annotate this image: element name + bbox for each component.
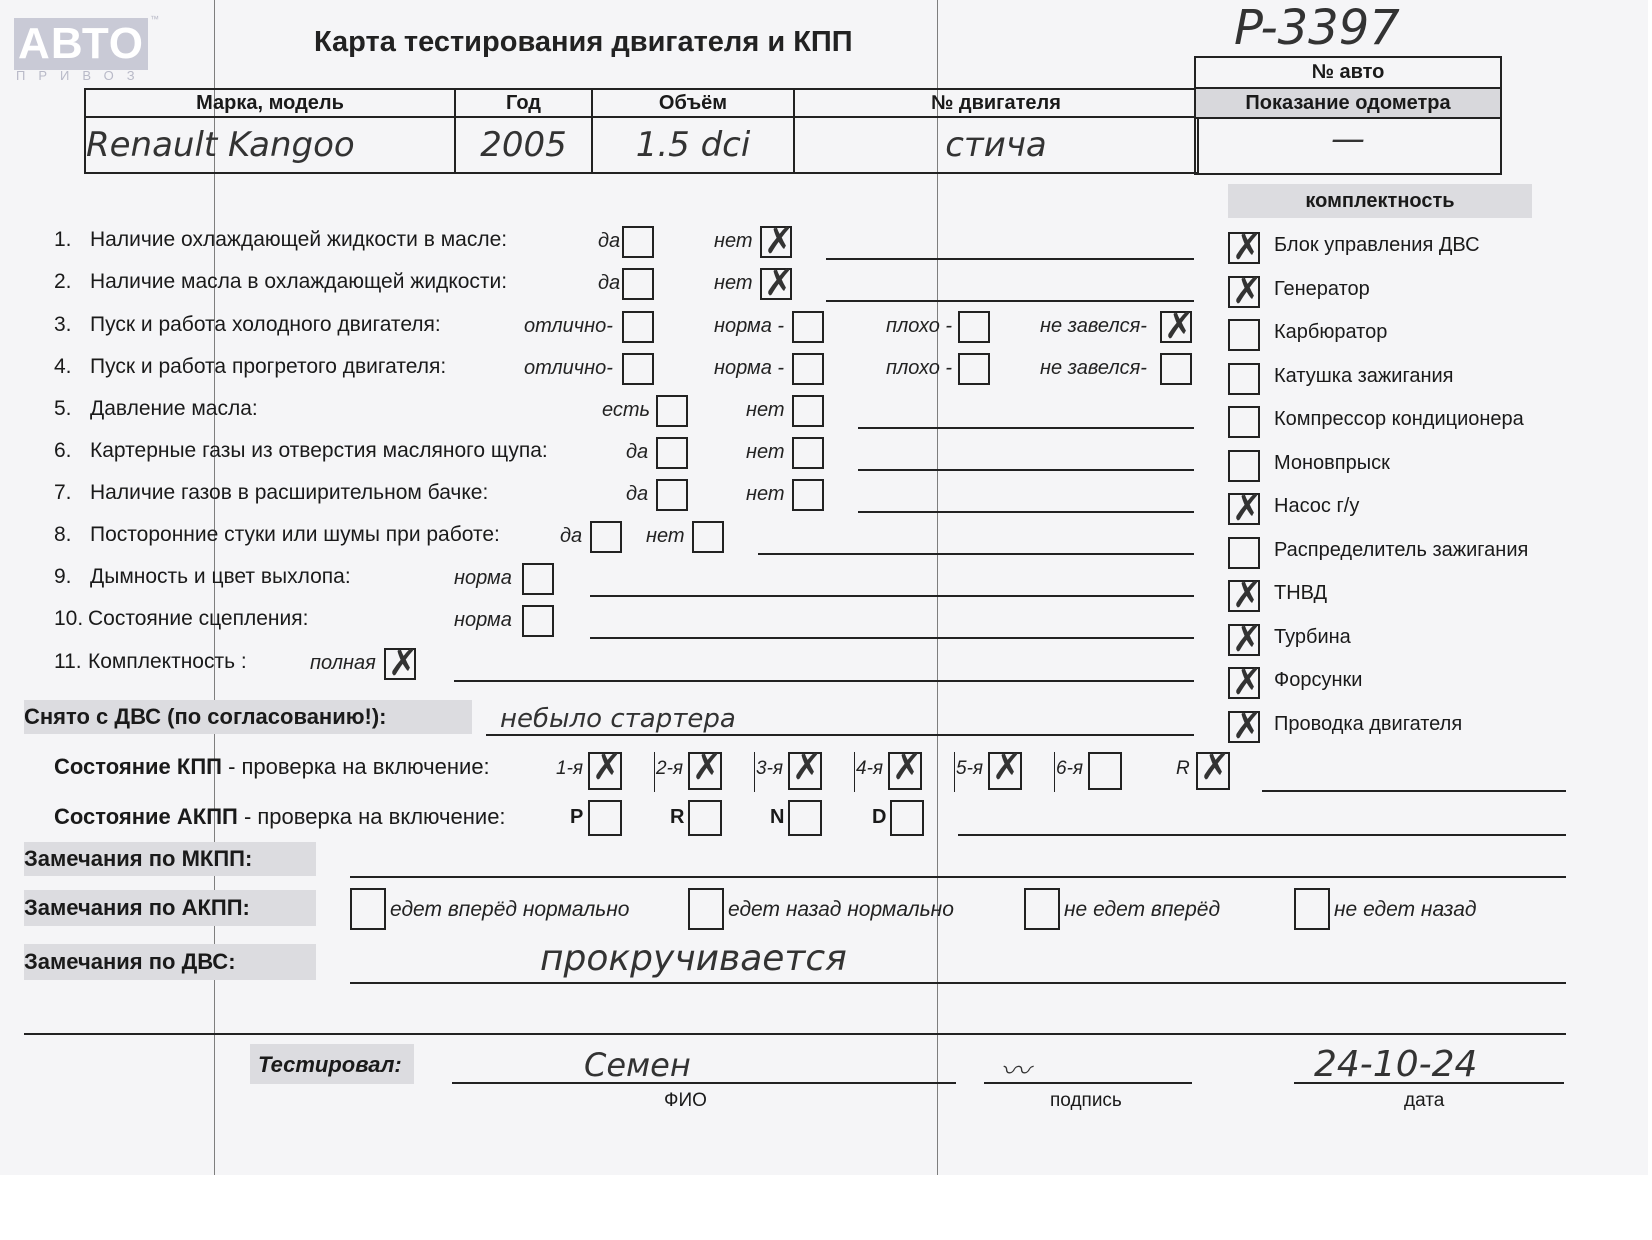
check-notes-line[interactable] — [590, 637, 1194, 639]
akpp-position-checkbox[interactable] — [688, 800, 722, 836]
mkpp-remarks-label: Замечания по МКПП: — [24, 846, 252, 872]
logo: АВТО — [14, 18, 148, 70]
option-label: не завелся- — [1040, 357, 1147, 380]
check-notes-line[interactable] — [826, 300, 1194, 302]
check-number: 8. — [54, 523, 72, 547]
removed-underline — [486, 734, 1194, 736]
akpp-remark-checkbox[interactable] — [1294, 888, 1330, 930]
option-checkbox[interactable] — [958, 311, 990, 343]
option-checkbox[interactable] — [622, 311, 654, 343]
completeness-item-label: Турбина — [1274, 626, 1351, 649]
akpp-remark-label: не едет назад — [1334, 898, 1476, 922]
akpp-notes-line — [958, 834, 1566, 836]
akpp-position-label: D — [872, 806, 886, 829]
gear-label: R — [1176, 758, 1190, 780]
check-number: 6. — [54, 439, 72, 463]
check-notes-line[interactable] — [858, 469, 1194, 471]
completeness-item-label: Блок управления ДВС — [1274, 234, 1480, 257]
gear-label: 2-я — [656, 758, 683, 780]
gear-checkbox[interactable] — [988, 752, 1022, 790]
completeness-item-label: Карбюратор — [1274, 321, 1387, 344]
option-checkbox[interactable] — [522, 605, 554, 637]
option-checkbox[interactable] — [656, 479, 688, 511]
akpp-remark-checkbox[interactable] — [350, 888, 386, 930]
odometer-label: Показание одометра — [1196, 89, 1500, 119]
completeness-checkbox[interactable] — [1228, 406, 1260, 438]
completeness-checkbox[interactable] — [1228, 667, 1260, 699]
akpp-position-checkbox[interactable] — [588, 800, 622, 836]
completeness-checkbox[interactable] — [1228, 580, 1260, 612]
option-checkbox[interactable] — [656, 437, 688, 469]
option-checkbox[interactable] — [792, 353, 824, 385]
option-label: нет — [746, 441, 785, 464]
option-label: нет — [746, 483, 785, 506]
completeness-checkbox[interactable] — [1228, 232, 1260, 264]
volume-value[interactable]: 1.5 dci — [592, 117, 794, 173]
option-label: отлично- — [524, 315, 613, 338]
check-notes-line[interactable] — [590, 595, 1194, 597]
handwritten-number: P-3397 — [1234, 0, 1400, 56]
check-label: Пуск и работа прогретого двигателя: — [90, 355, 446, 379]
option-label: да — [626, 441, 648, 464]
completeness-item-label: Катушка зажигания — [1274, 365, 1454, 388]
signature-caption: подпись — [1050, 1090, 1122, 1112]
completeness-item-label: Проводка двигателя — [1274, 713, 1462, 736]
car-info-box: № авто Показание одометра — — [1194, 56, 1502, 175]
gear-divider — [654, 752, 655, 792]
dvs-remarks-label: Замечания по ДВС: — [24, 949, 236, 975]
check-notes-line[interactable] — [826, 258, 1194, 260]
option-label: есть — [602, 399, 650, 422]
option-label: нет — [714, 272, 753, 295]
gear-divider — [1054, 752, 1055, 792]
check-label: Наличие газов в расширительном бачке: — [90, 481, 488, 505]
option-label: нет — [646, 525, 685, 548]
logo-subtitle: ПРИВОЗ — [16, 68, 148, 83]
check-number: 4. — [54, 355, 72, 379]
option-label: нет — [714, 230, 753, 253]
check-notes-line[interactable] — [858, 427, 1194, 429]
option-checkbox[interactable] — [792, 479, 824, 511]
check-number: 2. — [54, 270, 72, 294]
option-checkbox[interactable] — [692, 521, 724, 553]
gear-divider — [954, 752, 955, 792]
gear-checkbox[interactable] — [1196, 752, 1230, 790]
completeness-checkbox[interactable] — [1228, 276, 1260, 308]
option-label: норма — [454, 609, 512, 632]
gear-checkbox[interactable] — [788, 752, 822, 790]
gear-checkbox[interactable] — [588, 752, 622, 790]
engine-no-value[interactable]: стича — [794, 117, 1198, 173]
option-checkbox[interactable] — [792, 395, 824, 427]
completeness-item-label: Моновпрыск — [1274, 452, 1390, 475]
option-checkbox[interactable] — [958, 353, 990, 385]
year-value[interactable]: 2005 — [455, 117, 592, 173]
col-make-model: Марка, модель — [85, 89, 455, 117]
option-checkbox[interactable] — [1160, 311, 1192, 343]
completeness-item-label: Распределитель зажигания — [1274, 539, 1528, 562]
vehicle-header-table: Марка, модель Год Объём № двигателя Rena… — [84, 88, 1199, 174]
tested-label: Тестировал: — [258, 1052, 402, 1078]
check-label: Комплектность : — [88, 650, 247, 674]
removed-value[interactable]: небыло стартера — [500, 704, 736, 734]
akpp-position-label: N — [770, 806, 784, 829]
check-label: Наличие охлаждающей жидкости в масле: — [90, 228, 507, 252]
tester-name-value[interactable]: Семен — [584, 1046, 691, 1084]
check-number: 1. — [54, 228, 72, 252]
date-value[interactable]: 24-10-24 — [1314, 1044, 1477, 1085]
col-engine-no: № двигателя — [794, 89, 1198, 117]
dvs-remarks-line — [350, 982, 1566, 984]
option-label: отлично- — [524, 357, 613, 380]
mkpp-remarks-line[interactable] — [350, 876, 1566, 878]
option-label: норма - — [714, 357, 784, 380]
option-checkbox[interactable] — [522, 563, 554, 595]
completeness-checkbox[interactable] — [1228, 493, 1260, 525]
completeness-checkbox[interactable] — [1228, 319, 1260, 351]
gear-checkbox[interactable] — [888, 752, 922, 790]
option-checkbox[interactable] — [622, 268, 654, 300]
col-year: Год — [455, 89, 592, 117]
option-checkbox[interactable] — [622, 226, 654, 258]
gear-divider — [754, 752, 755, 792]
car-no-label: № авто — [1196, 58, 1500, 89]
option-label: не завелся- — [1040, 315, 1147, 338]
option-checkbox[interactable] — [622, 353, 654, 385]
option-label: норма — [454, 567, 512, 590]
gear-label: 3-я — [756, 758, 783, 780]
akpp-position-label: P — [570, 806, 583, 829]
gear-label: 1-я — [556, 758, 583, 780]
completeness-item-label: ТНВД — [1274, 582, 1327, 605]
completeness-item-label: Компрессор кондиционера — [1274, 408, 1524, 431]
akpp-remark-checkbox[interactable] — [1024, 888, 1060, 930]
check-number: 9. — [54, 565, 72, 589]
check-number: 5. — [54, 397, 72, 421]
gear-divider — [854, 752, 855, 792]
check-notes-line[interactable] — [758, 553, 1194, 555]
check-notes-line[interactable] — [454, 680, 1194, 682]
date-line — [1294, 1082, 1564, 1084]
kpp-notes-line — [1262, 790, 1566, 792]
akpp-remark-label: едет вперёд нормально — [390, 898, 629, 922]
check-number: 11. — [54, 650, 82, 674]
gear-checkbox[interactable] — [1088, 752, 1122, 790]
check-number: 3. — [54, 313, 72, 337]
akpp-position-checkbox[interactable] — [890, 800, 924, 836]
option-label: полная — [310, 652, 376, 675]
check-notes-line[interactable] — [858, 511, 1194, 513]
option-checkbox[interactable] — [1160, 353, 1192, 385]
akpp-remark-label: едет назад нормально — [728, 898, 954, 922]
gear-label: 4-я — [856, 758, 883, 780]
completeness-item-label: Генератор — [1274, 278, 1370, 301]
page-title: Карта тестирования двигателя и КПП — [314, 26, 853, 59]
removed-label: Снято с ДВС (по согласованию!): — [24, 704, 387, 730]
option-label: да — [560, 525, 582, 548]
check-label: Пуск и работа холодного двигателя: — [90, 313, 441, 337]
akpp-remark-checkbox[interactable] — [688, 888, 724, 930]
akpp-position-label: R — [670, 806, 684, 829]
option-checkbox[interactable] — [792, 437, 824, 469]
gear-label: 6-я — [1056, 758, 1083, 780]
check-number: 7. — [54, 481, 72, 505]
completeness-item-label: Насос г/у — [1274, 495, 1359, 518]
test-card-sheet: АВТО ™ ПРИВОЗ Карта тестирования двигате… — [0, 0, 1648, 1175]
signature-line — [984, 1082, 1192, 1084]
name-line — [452, 1082, 956, 1084]
gear-label: 5-я — [956, 758, 983, 780]
date-caption: дата — [1404, 1090, 1444, 1112]
check-label: Картерные газы из отверстия масляного щу… — [90, 439, 548, 463]
check-label: Посторонние стуки или шумы при работе: — [90, 523, 500, 547]
gear-checkbox[interactable] — [688, 752, 722, 790]
akpp-position-checkbox[interactable] — [788, 800, 822, 836]
option-checkbox[interactable] — [590, 521, 622, 553]
completeness-item-label: Форсунки — [1274, 669, 1362, 692]
check-label: Давление масла: — [90, 397, 258, 421]
option-checkbox[interactable] — [760, 226, 792, 258]
check-label: Наличие масла в охлаждающей жидкости: — [90, 270, 507, 294]
completeness-checkbox[interactable] — [1228, 711, 1260, 743]
completeness-checkbox[interactable] — [1228, 537, 1260, 569]
name-caption: ФИО — [664, 1090, 707, 1112]
option-label: плохо - — [886, 315, 952, 338]
option-checkbox[interactable] — [792, 311, 824, 343]
option-checkbox[interactable] — [384, 648, 416, 680]
akpp-remark-label: не едет вперёд — [1064, 898, 1220, 922]
make-model-value[interactable]: Renault Kangoo — [85, 117, 455, 173]
dvs-remarks-value[interactable]: прокручивается — [540, 938, 847, 979]
option-checkbox[interactable] — [656, 395, 688, 427]
col-volume: Объём — [592, 89, 794, 117]
check-label: Дымность и цвет выхлопа: — [90, 565, 351, 589]
option-label: норма - — [714, 315, 784, 338]
dvs-remarks-line-2 — [24, 1033, 1566, 1035]
option-label: плохо - — [886, 357, 952, 380]
odometer-value[interactable]: — — [1196, 119, 1500, 175]
scan-fold-line — [937, 0, 938, 1175]
option-label: да — [626, 483, 648, 506]
check-number: 10. — [54, 607, 83, 631]
completeness-checkbox[interactable] — [1228, 624, 1260, 656]
completeness-checkbox[interactable] — [1228, 450, 1260, 482]
option-label: да — [598, 230, 620, 253]
option-label: да — [598, 272, 620, 295]
check-label: Состояние сцепления: — [88, 607, 308, 631]
akpp-remarks-label: Замечания по АКПП: — [24, 895, 250, 921]
option-checkbox[interactable] — [760, 268, 792, 300]
logo-trademark: ™ — [150, 14, 159, 24]
completeness-checkbox[interactable] — [1228, 363, 1260, 395]
option-label: нет — [746, 399, 785, 422]
completeness-title: комплектность — [1228, 190, 1532, 213]
kpp-label: Состояние КПП - проверка на включение: — [54, 754, 490, 780]
akpp-label: Состояние АКПП - проверка на включение: — [54, 804, 506, 830]
